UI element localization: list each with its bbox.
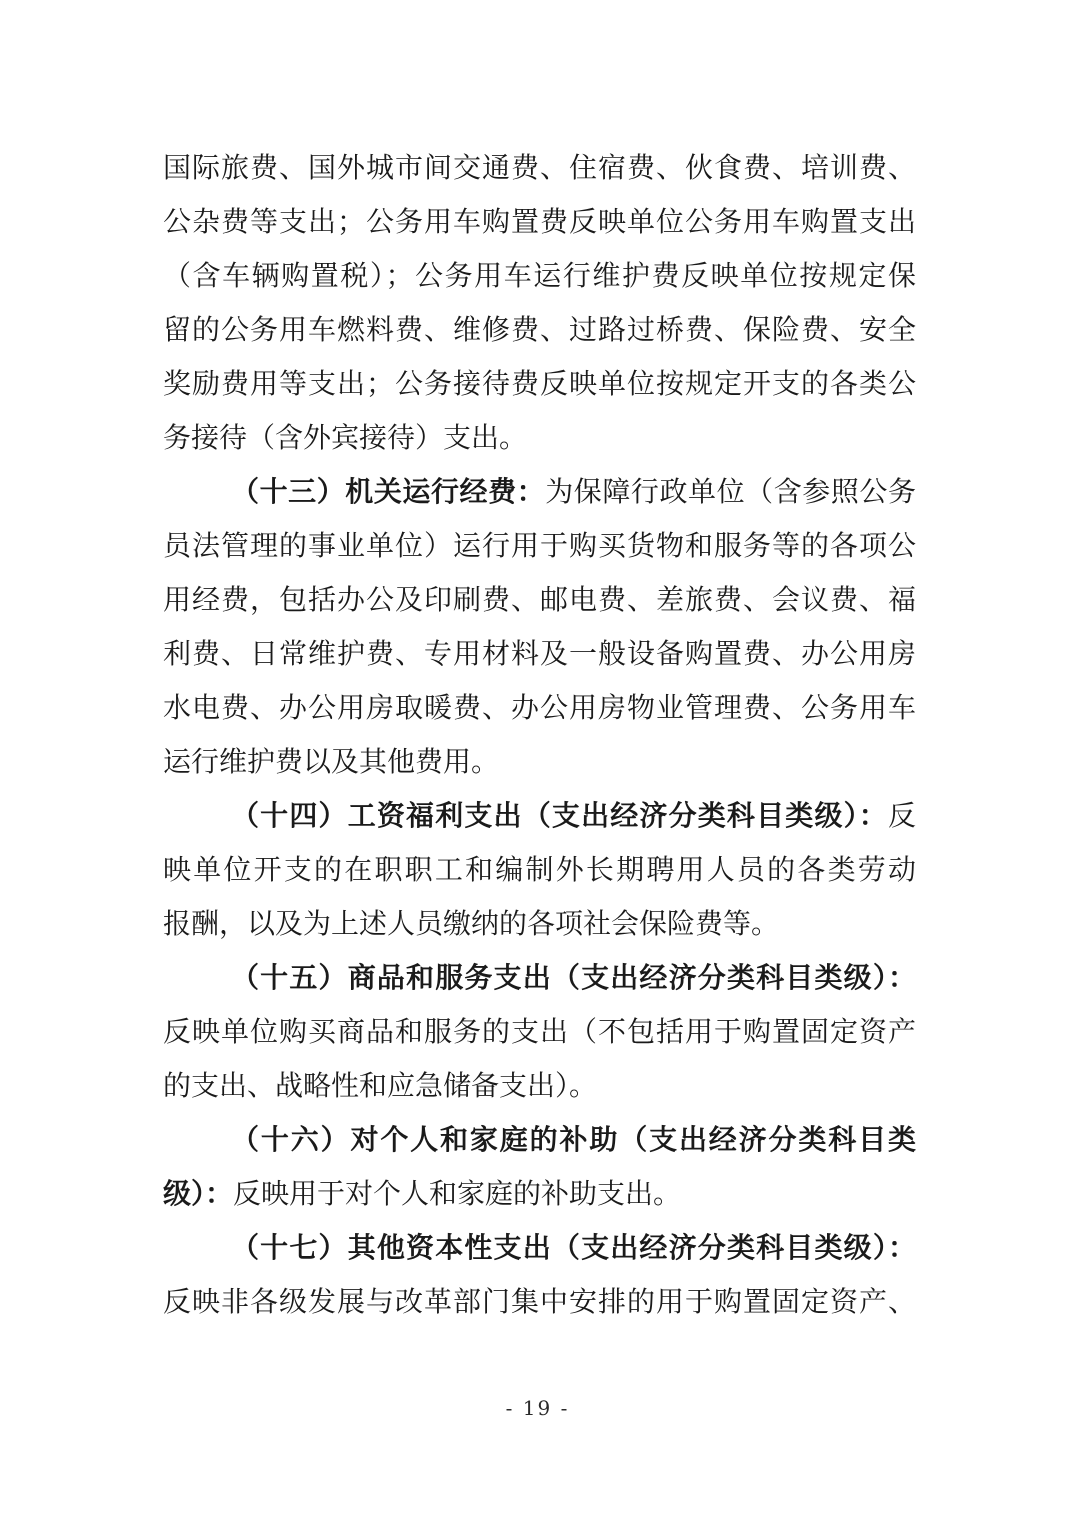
text-line: 公杂费等支出；公务用车购置费反映单位公务用车购置支出	[163, 195, 916, 249]
body-text-run: 水电费、办公用房取暖费、办公用房物业管理费、公务用车	[163, 691, 916, 724]
body-text-run: 反映单位购买商品和服务的支出（不包括用于购置固定资产	[163, 1015, 916, 1048]
heading-text-run: 级）：	[163, 1177, 233, 1210]
text-line: 运行维护费以及其他费用。	[163, 735, 916, 789]
text-line: 务接待（含外宾接待）支出。	[163, 411, 916, 465]
heading-text-run: （十六）对个人和家庭的补助（支出经济分类科目类	[231, 1123, 916, 1156]
body-text-run: 反映非各级发展与改革部门集中安排的用于购置固定资产、	[163, 1285, 916, 1318]
heading-text-run: （十三）机关运行经费：	[231, 475, 545, 508]
text-line: 国际旅费、国外城市间交通费、住宿费、伙食费、培训费、	[163, 141, 916, 195]
text-line: 留的公务用车燃料费、维修费、过路过桥费、保险费、安全	[163, 303, 916, 357]
body-text-run: 映单位开支的在职职工和编制外长期聘用人员的各类劳动	[163, 853, 916, 886]
text-line: （含车辆购置税）；公务用车运行维护费反映单位按规定保	[163, 249, 916, 303]
text-line: 反映非各级发展与改革部门集中安排的用于购置固定资产、	[163, 1275, 916, 1329]
body-text-run: 用经费，包括办公及印刷费、邮电费、差旅费、会议费、福	[163, 583, 916, 616]
body-text-run: （含车辆购置税）；公务用车运行维护费反映单位按规定保	[163, 259, 916, 292]
para-17-other-capital-expenditure: （十七）其他资本性支出（支出经济分类科目类级）：反映非各级发展与改革部门集中安排…	[163, 1221, 916, 1329]
body-text-run: 的支出、战略性和应急储备支出）。	[163, 1069, 597, 1102]
body-text-run: 务接待（含外宾接待）支出。	[163, 421, 527, 454]
body-text-run: 报酬，以及为上述人员缴纳的各项社会保险费等。	[163, 907, 779, 940]
body-text-run: 公杂费等支出；公务用车购置费反映单位公务用车购置支出	[163, 205, 916, 238]
text-line: （十五）商品和服务支出（支出经济分类科目类级）：	[163, 951, 916, 1005]
body-text-run: 为保障行政单位（含参照公务	[545, 475, 916, 508]
text-line: （十三）机关运行经费：为保障行政单位（含参照公务	[163, 465, 916, 519]
page-number: - 19 -	[0, 1396, 1075, 1420]
text-line: （十四）工资福利支出（支出经济分类科目类级）：反	[163, 789, 916, 843]
body-text-run: 运行维护费以及其他费用。	[163, 745, 499, 778]
document-text-block: 国际旅费、国外城市间交通费、住宿费、伙食费、培训费、公杂费等支出；公务用车购置费…	[163, 141, 916, 1329]
text-line: 利费、日常维护费、专用材料及一般设备购置费、办公用房	[163, 627, 916, 681]
body-text-run: 利费、日常维护费、专用材料及一般设备购置费、办公用房	[163, 637, 916, 670]
body-text-run: 反映用于对个人和家庭的补助支出。	[233, 1177, 681, 1210]
text-line: 级）：反映用于对个人和家庭的补助支出。	[163, 1167, 916, 1221]
text-line: 用经费，包括办公及印刷费、邮电费、差旅费、会议费、福	[163, 573, 916, 627]
text-line: 奖励费用等支出；公务接待费反映单位按规定开支的各类公	[163, 357, 916, 411]
text-line: 水电费、办公用房取暖费、办公用房物业管理费、公务用车	[163, 681, 916, 735]
heading-text-run: （十五）商品和服务支出（支出经济分类科目类级）：	[231, 961, 916, 994]
text-line: （十六）对个人和家庭的补助（支出经济分类科目类	[163, 1113, 916, 1167]
body-text-run: 留的公务用车燃料费、维修费、过路过桥费、保险费、安全	[163, 313, 916, 346]
body-text-run: 奖励费用等支出；公务接待费反映单位按规定开支的各类公	[163, 367, 916, 400]
heading-text-run: （十四）工资福利支出（支出经济分类科目类级）：	[231, 799, 888, 832]
text-line: （十七）其他资本性支出（支出经济分类科目类级）：	[163, 1221, 916, 1275]
heading-text-run: （十七）其他资本性支出（支出经济分类科目类级）：	[231, 1231, 916, 1264]
document-page: 国际旅费、国外城市间交通费、住宿费、伙食费、培训费、公杂费等支出；公务用车购置费…	[0, 0, 1075, 1520]
body-text-run: 员法管理的事业单位）运行用于购买货物和服务等的各项公	[163, 529, 916, 562]
text-line: 反映单位购买商品和服务的支出（不包括用于购置固定资产	[163, 1005, 916, 1059]
text-line: 映单位开支的在职职工和编制外长期聘用人员的各类劳动	[163, 843, 916, 897]
para-16-subsidies-to-individuals-families: （十六）对个人和家庭的补助（支出经济分类科目类级）：反映用于对个人和家庭的补助支…	[163, 1113, 916, 1221]
para-15-goods-and-services-expenditure: （十五）商品和服务支出（支出经济分类科目类级）：反映单位购买商品和服务的支出（不…	[163, 951, 916, 1113]
text-line: 员法管理的事业单位）运行用于购买货物和服务等的各项公	[163, 519, 916, 573]
para-14-salary-welfare-expenditure: （十四）工资福利支出（支出经济分类科目类级）：反映单位开支的在职职工和编制外长期…	[163, 789, 916, 951]
body-text-run: 反	[888, 799, 916, 832]
body-text-run: 国际旅费、国外城市间交通费、住宿费、伙食费、培训费、	[163, 151, 916, 184]
para-13-agency-operating-funds: （十三）机关运行经费：为保障行政单位（含参照公务员法管理的事业单位）运行用于购买…	[163, 465, 916, 789]
text-line: 报酬，以及为上述人员缴纳的各项社会保险费等。	[163, 897, 916, 951]
text-line: 的支出、战略性和应急储备支出）。	[163, 1059, 916, 1113]
para-official-travel-and-vehicle-expenses: 国际旅费、国外城市间交通费、住宿费、伙食费、培训费、公杂费等支出；公务用车购置费…	[163, 141, 916, 465]
